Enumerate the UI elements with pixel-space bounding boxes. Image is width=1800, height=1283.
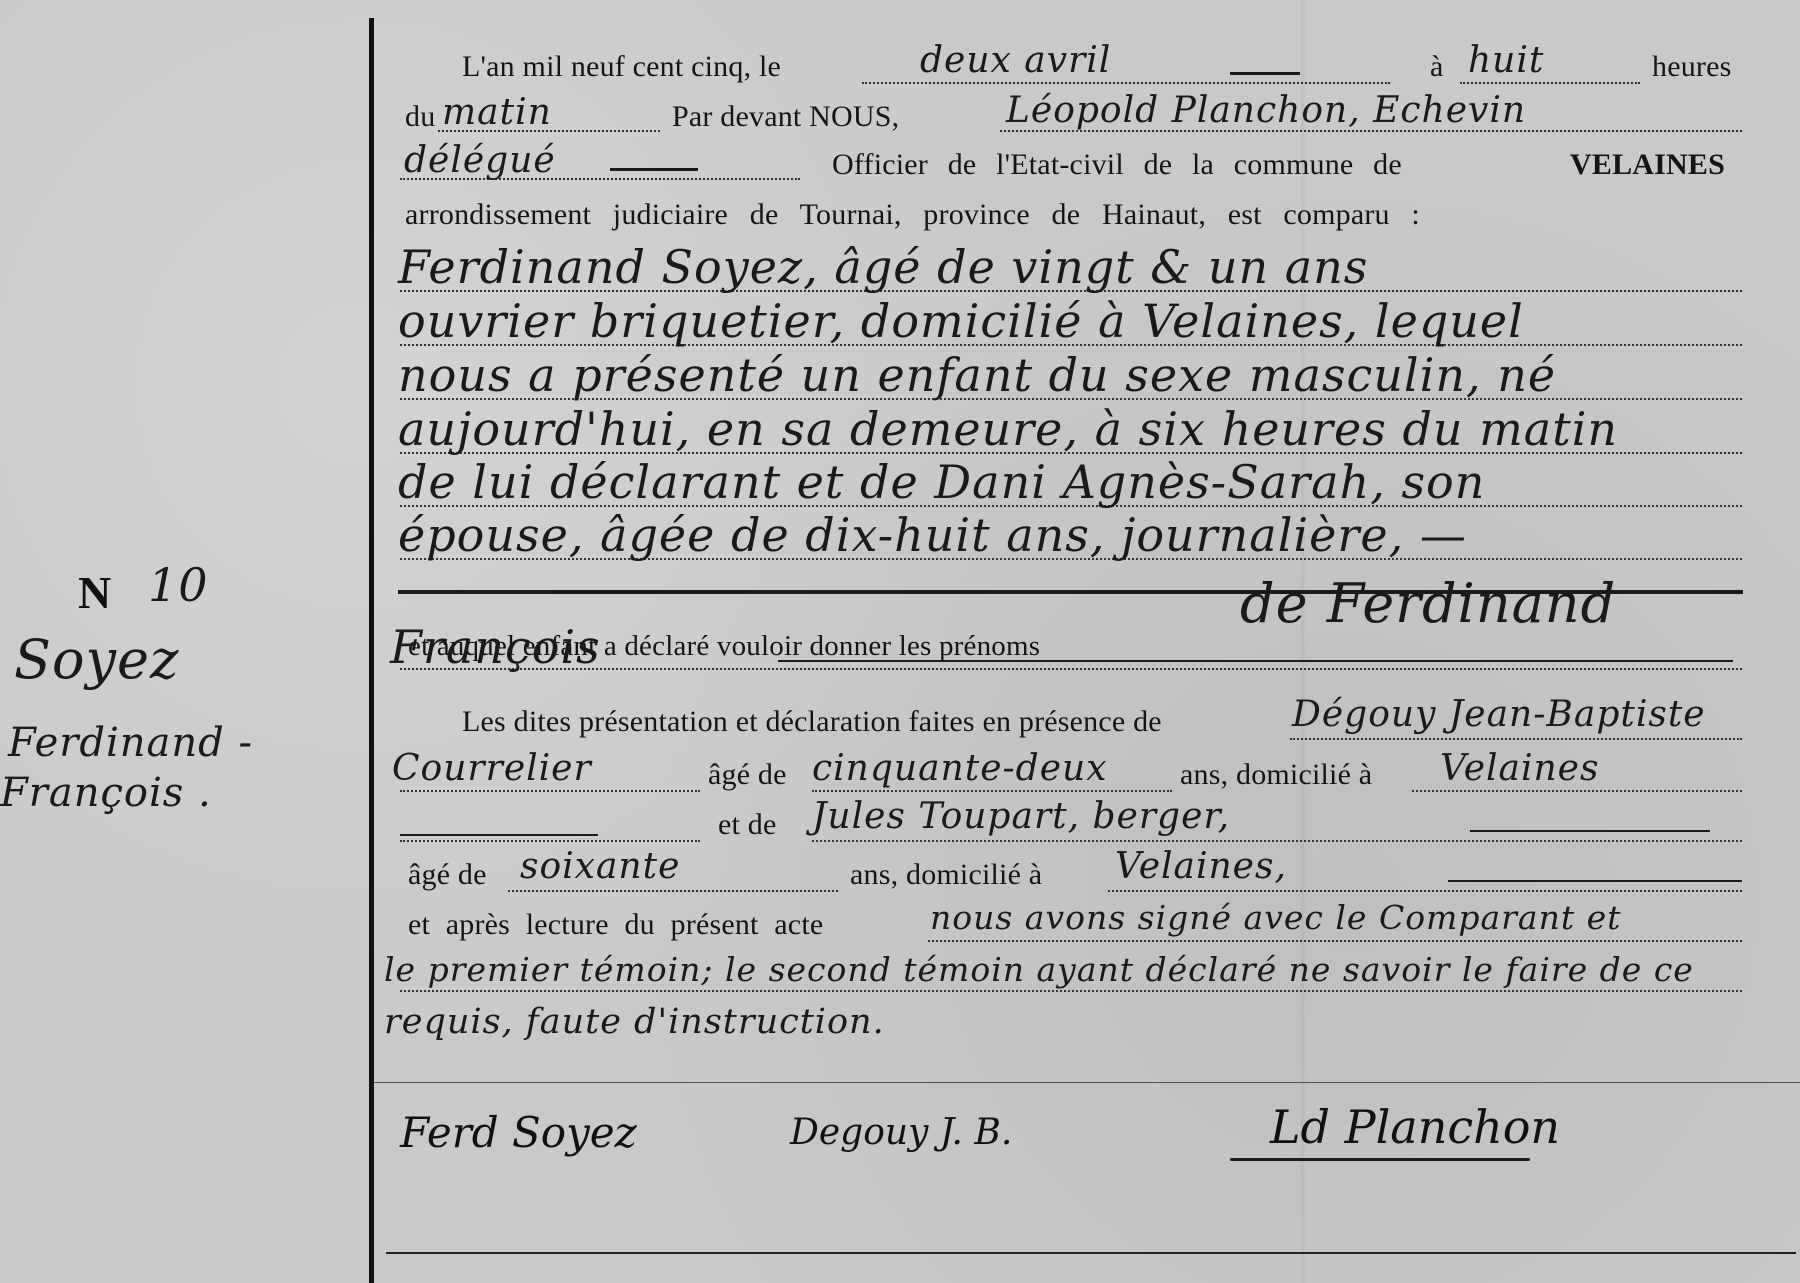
officer-flourish [1230,1158,1530,1161]
officer-name: Léopold Planchon, Echevin [1006,90,1526,131]
witness1-residence: Velaines [1440,748,1599,789]
age-label-2: âgé de [408,858,487,892]
witness1-name: Dégouy Jean-Baptiste [1292,694,1706,735]
record-number-label: N [78,566,111,619]
header-line1-mid: à [1430,50,1444,84]
header-line2-mid: Par devant NOUS, [672,100,899,134]
after-reading: et après lecture du présent acte [408,908,823,942]
signature-declarant: Ferd Soyez [400,1108,637,1157]
witness1-occupation: Courrelier [392,748,592,789]
signature-officer: Ld Planchon [1270,1100,1560,1154]
closing-line-2: le premier témoin; le second témoin ayan… [384,950,1694,989]
witness1-age: cinquante-deux [812,748,1108,789]
given-names-1: de Ferdinand [1240,572,1616,635]
ans-domicile: ans, domicilié à [1180,758,1372,792]
margin-given-name-1: Ferdinand - [8,720,253,766]
declaration-line: nous a présenté un enfant du sexe mascul… [398,348,1556,402]
signature-divider [374,1082,1800,1083]
record-number-value: 10 [148,558,209,612]
bottom-rule [386,1252,1796,1254]
act-date: deux avril [920,40,1111,81]
witness2-residence: Velaines, [1115,846,1287,887]
age-label: âgé de [708,758,787,792]
commune-name: VELAINES [1570,148,1725,182]
act-hour: huit [1468,40,1544,81]
declaration-line: épouse, âgée de dix-huit ans, journalièr… [398,508,1467,562]
witness2-age: soixante [520,846,680,887]
witness2-name: Jules Toupart, berger, [812,796,1230,837]
declaration-line: ouvrier briquetier, domicilié à Velaines… [398,294,1524,348]
header-line3: Officier de l'Etat-civil de la commune d… [832,148,1402,182]
header-line1-prefix: L'an mil neuf cent cinq, le [462,50,781,84]
margin-rule [369,18,374,1283]
and-label: et de [718,808,776,842]
time-of-day: matin [442,92,552,133]
margin-surname: Soyez [14,628,179,691]
declaration-line: aujourd'hui, en sa demeure, à six heures… [398,402,1618,456]
witness-intro: Les dites présentation et déclaration fa… [462,705,1162,739]
declaration-line: Ferdinand Soyez, âgé de vingt & un ans [398,240,1368,294]
signature-witness1: Degouy J. B. [790,1112,1012,1153]
declaration-line: de lui déclarant et de Dani Agnès-Sarah,… [398,455,1485,509]
header-line2-prefix: du [405,100,435,134]
officer-role: délégué [404,140,556,181]
closing-line-1: nous avons signé avec le Comparant et [930,898,1621,937]
closing-line-3: requis, faute d'instruction. [384,1002,885,1042]
header-line4: arrondissement judiciaire de Tournai, pr… [405,198,1420,232]
margin-given-name-2: François . [0,770,212,816]
given-names-2: François [390,620,601,674]
header-line1-suffix: heures [1652,50,1732,84]
ans-domicile-2: ans, domicilié à [850,858,1042,892]
